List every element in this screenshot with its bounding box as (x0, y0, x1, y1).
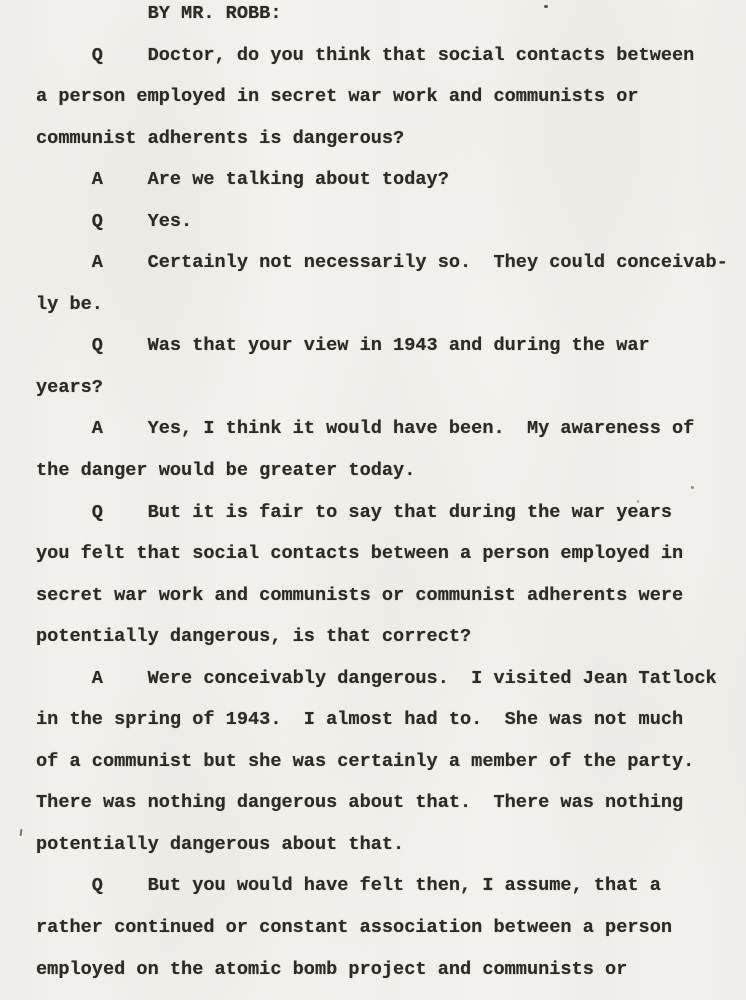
transcript-line: years? (36, 367, 728, 409)
transcript-line: communist adherents is dangerous? (36, 118, 728, 160)
transcript-line: potentially dangerous about that. (36, 824, 728, 866)
transcript-line: rather continued or constant association… (36, 907, 728, 949)
transcript-line: Q But it is fair to say that during the … (36, 492, 728, 534)
transcript-line: employed on the atomic bomb project and … (36, 949, 728, 991)
stray-mark (20, 829, 23, 836)
transcript-line: you felt that social contacts between a … (36, 533, 728, 575)
transcript-line: A Certainly not necessarily so. They cou… (36, 242, 728, 284)
transcript-line: potentially dangerous, is that correct? (36, 616, 728, 658)
transcript-line: There was nothing dangerous about that. … (36, 782, 728, 824)
transcript-line: Q But you would have felt then, I assume… (36, 865, 728, 907)
document-page: BY MR. ROBB: Q Doctor, do you think that… (0, 0, 746, 1000)
transcript-line: A Yes, I think it would have been. My aw… (36, 408, 728, 450)
transcript-line: the danger would be greater today. (36, 450, 728, 492)
transcript-line: a person employed in secret war work and… (36, 76, 728, 118)
transcript-line: BY MR. ROBB: (36, 0, 728, 35)
transcript-line: A Were conceivably dangerous. I visited … (36, 658, 728, 700)
transcript-line: A Are we talking about today? (36, 159, 728, 201)
transcript-line: Q Was that your view in 1943 and during … (36, 325, 728, 367)
transcript-line: secret war work and communists or commun… (36, 575, 728, 617)
transcript-line: in the spring of 1943. I almost had to. … (36, 699, 728, 741)
transcript-line: ly be. (36, 284, 728, 326)
transcript-line: of a communist but she was certainly a m… (36, 741, 728, 783)
transcript-line: Q Doctor, do you think that social conta… (36, 35, 728, 77)
transcript-text: BY MR. ROBB: Q Doctor, do you think that… (36, 0, 728, 990)
transcript-line: Q Yes. (36, 201, 728, 243)
